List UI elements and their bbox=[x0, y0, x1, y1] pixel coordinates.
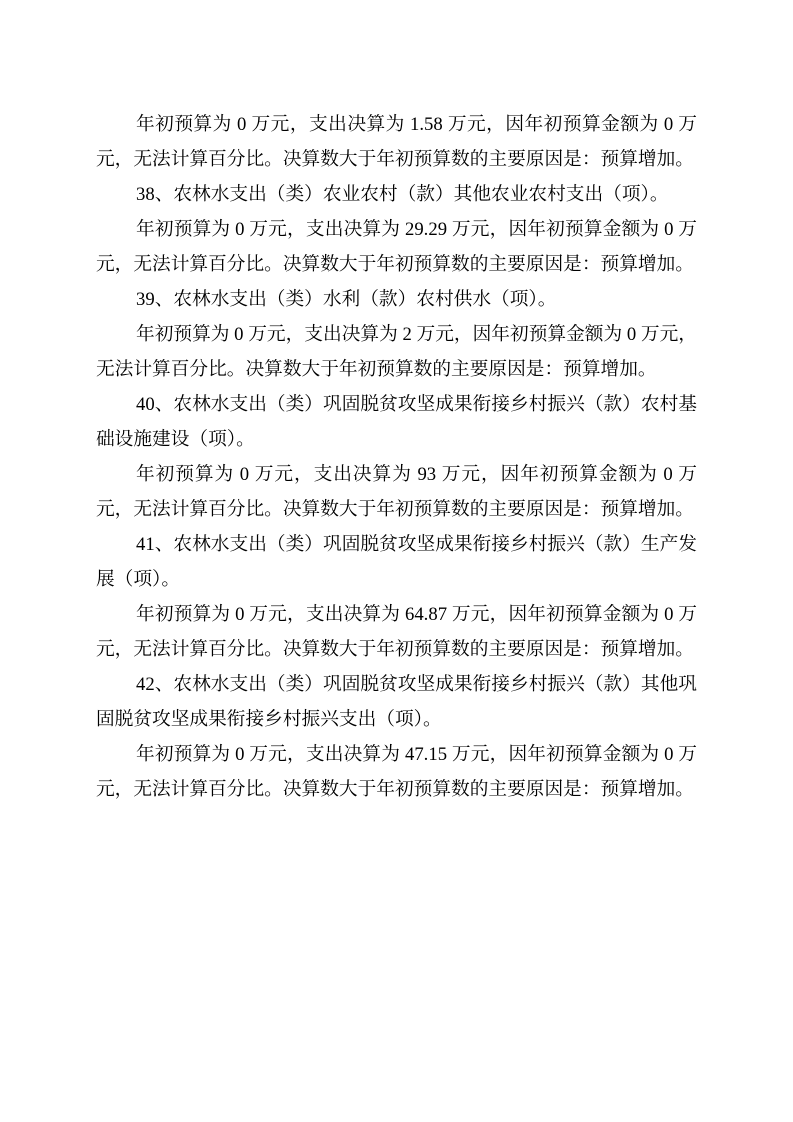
item-heading: 42、农林水支出（类）巩固脱贫攻坚成果衔接乡村振兴（款）其他巩固脱贫攻坚成果衔接… bbox=[96, 667, 697, 737]
document-body: 年初预算为 0 万元，支出决算为 1.58 万元，因年初预算金额为 0 万元，无… bbox=[96, 107, 697, 807]
item-heading: 41、农林水支出（类）巩固脱贫攻坚成果衔接乡村振兴（款）生产发展（项）。 bbox=[96, 527, 697, 597]
body-paragraph: 年初预算为 0 万元，支出决算为 29.29 万元，因年初预算金额为 0 万元，… bbox=[96, 212, 697, 282]
item-heading: 40、农林水支出（类）巩固脱贫攻坚成果衔接乡村振兴（款）农村基础设施建设（项）。 bbox=[96, 387, 697, 457]
body-paragraph: 年初预算为 0 万元，支出决算为 93 万元，因年初预算金额为 0 万元，无法计… bbox=[96, 457, 697, 527]
body-paragraph: 年初预算为 0 万元，支出决算为 47.15 万元，因年初预算金额为 0 万元，… bbox=[96, 737, 697, 807]
body-paragraph: 年初预算为 0 万元，支出决算为 2 万元，因年初预算金额为 0 万元，无法计算… bbox=[96, 317, 697, 387]
document-page: 年初预算为 0 万元，支出决算为 1.58 万元，因年初预算金额为 0 万元，无… bbox=[0, 0, 793, 1122]
body-paragraph: 年初预算为 0 万元，支出决算为 1.58 万元，因年初预算金额为 0 万元，无… bbox=[96, 107, 697, 177]
body-paragraph: 年初预算为 0 万元，支出决算为 64.87 万元，因年初预算金额为 0 万元，… bbox=[96, 597, 697, 667]
item-heading: 38、农林水支出（类）农业农村（款）其他农业农村支出（项）。 bbox=[96, 177, 697, 212]
item-heading: 39、农林水支出（类）水利（款）农村供水（项）。 bbox=[96, 282, 697, 317]
